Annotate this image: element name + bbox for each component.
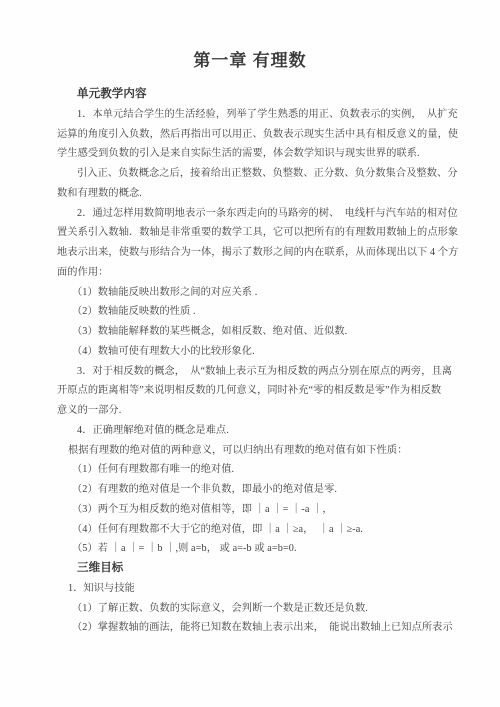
text-line: 意义的一部分. (57, 401, 460, 421)
text-line: 面的作用： (57, 263, 460, 283)
text-line: 1．知识与技能 (57, 579, 460, 599)
text-line: 置关系引入数轴．数轴是非常重要的数学工具，它可以把所有的有理数用数轴上的点形象 (57, 223, 460, 243)
text-line: 开原点的距离相等”来说明相反数的几何意义，同时补充“零的相反数是零”作为相反数 (57, 381, 460, 401)
text-line: 2．通过怎样用数简明地表示一条东西走向的马路旁的树、 电线杆与汽车站的相对位 (57, 204, 460, 224)
list-item: （1）数轴能反映出数形之间的对应关系 . (57, 283, 460, 303)
list-item: （3）两个互为相反数的绝对值相等，即 ｜a ｜= ｜-a ｜， (57, 500, 460, 520)
list-item: （1）任何有理数都有唯一的绝对值. (57, 460, 460, 480)
document-title: 第一章 有理数 (0, 48, 500, 73)
list-item: （4）任何有理数都不大于它的绝对值，即 ｜a ｜≥a， ｜a ｜≥-a. (57, 520, 460, 540)
section-heading-unit-content: 单元教学内容 (57, 85, 460, 105)
text-line: 运算的角度引入负数，然后再指出可以用正、负数表示现实生活中具有相反意义的量，使 (57, 125, 460, 145)
text-line: 根据有理数的绝对值的两种意义，可以归纳出有理数的绝对值有如下性质： (57, 441, 460, 461)
text-line: 3．对于相反数的概念， 从“数轴上表示互为相反数的两点分别在原点的两旁，且离 (57, 362, 460, 382)
text-line: 学生感受到负数的引入是来自实际生活的需要，体会数学知识与现实世界的联系. (57, 144, 460, 164)
list-item: （2）掌握数轴的画法，能将已知数在数轴上表示出来， 能说出数轴上已知点所表示 (57, 618, 460, 638)
text-line: 地表示出来，使数与形结合为一体，揭示了数形之间的内在联系，从而体现出以下 4 个… (57, 243, 460, 263)
list-item: （1）了解正数、负数的实际意义，会判断一个数是正数还是负数. (57, 599, 460, 619)
list-item: （2）有理数的绝对值是一个非负数，即最小的绝对值是零. (57, 480, 460, 500)
text-line: 4．正确理解绝对值的概念是难点. (57, 421, 460, 441)
list-item: （4）数轴可使有理数大小的比较形象化. (57, 342, 460, 362)
document-body: 单元教学内容 1．本单元结合学生的生活经验，列举了学生熟悉的用正、负数表示的实例… (0, 85, 500, 638)
list-item: （5）若 ｜a ｜= ｜b ｜,则 a=b， 或 a=-b 或 a=b=0. (57, 539, 460, 559)
list-item: （2）数轴能反映数的性质 . (57, 302, 460, 322)
text-line: 引入正、负数概念之后，接着给出正整数、负整数、正分数、负分数集合及整数、分 (57, 164, 460, 184)
text-line: 1．本单元结合学生的生活经验，列举了学生熟悉的用正、负数表示的实例， 从扩充 (57, 105, 460, 125)
section-heading-three-dim-goals: 三维目标 (57, 559, 460, 579)
list-item: （3）数轴能解释数的某些概念，如相反数、绝对值、近似数. (57, 322, 460, 342)
document-page: 第一章 有理数 单元教学内容 1．本单元结合学生的生活经验，列举了学生熟悉的用正… (0, 0, 500, 707)
text-line: 数和有理数的概念. (57, 184, 460, 204)
